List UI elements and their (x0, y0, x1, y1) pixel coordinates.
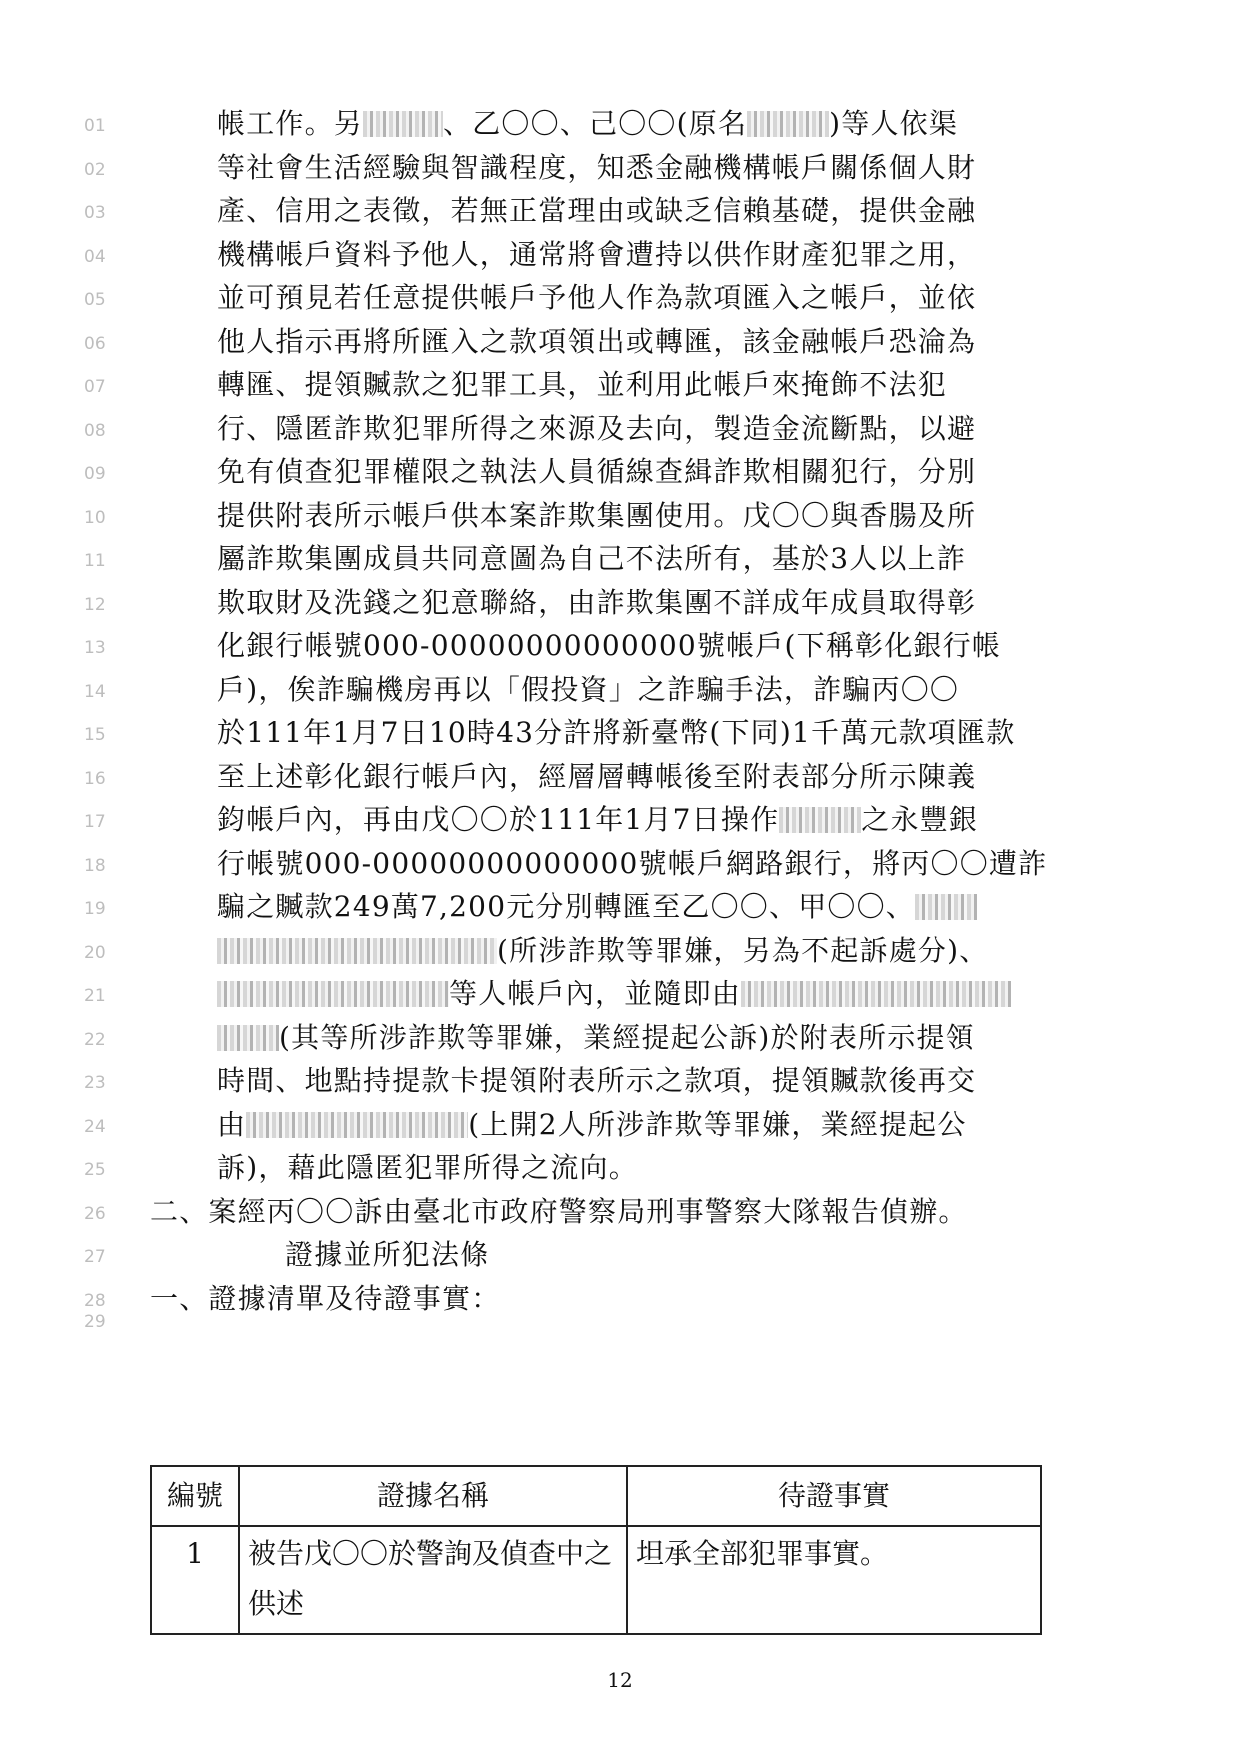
text-line: 等人帳戶內，並隨即由 (217, 976, 1087, 1012)
text-segment: 、乙〇〇、己〇〇(原名 (443, 107, 747, 140)
line-number: 07 (84, 377, 114, 397)
text-line: 化銀行帳號000-00000000000000號帳戶(下稱彰化銀行帳 (217, 628, 1087, 664)
line-number: 24 (84, 1117, 114, 1137)
line-number: 12 (84, 595, 114, 615)
text-line: 鈞帳戶內，再由戊〇〇於111年1月7日操作之永豐銀 (217, 802, 1087, 838)
text-segment: 騙之贓款249萬7,200元分別轉匯至乙〇〇、甲〇〇、 (217, 890, 915, 923)
text-line: 行、隱匿詐欺犯罪所得之來源及去向，製造金流斷點，以避 (217, 411, 1087, 447)
line-number: 13 (84, 638, 114, 658)
line-number: 25 (84, 1160, 114, 1180)
header-fact-to-prove: 待證事實 (627, 1466, 1041, 1526)
text-line: (所涉詐欺等罪嫌，另為不起訴處分)、 (217, 933, 1087, 969)
text-line: 產、信用之表徵，若無正當理由或缺乏信賴基礎，提供金融 (217, 193, 1087, 229)
cell-fact: 坦承全部犯罪事實。 (627, 1526, 1041, 1634)
text-segment: )等人依渠 (829, 107, 958, 140)
text-segment: 帳工作。另 (217, 107, 363, 140)
text-segment: 之永豐銀 (861, 803, 978, 836)
text-line: 提供附表所示帳戶供本案詐欺集團使用。戊〇〇與香腸及所 (217, 498, 1087, 534)
redacted-name (217, 981, 449, 1007)
text-line: 於111年1月7日10時43分許將新臺幣(下同)1千萬元款項匯款 (217, 715, 1087, 751)
line-number: 16 (84, 769, 114, 789)
text-line: 訴)，藉此隱匿犯罪所得之流向。 (217, 1150, 1087, 1186)
header-evidence-name: 證據名稱 (239, 1466, 627, 1526)
text-line: 騙之贓款249萬7,200元分別轉匯至乙〇〇、甲〇〇、 (217, 889, 1087, 925)
line-number: 18 (84, 856, 114, 876)
text-line: 他人指示再將所匯入之款項領出或轉匯，該金融帳戶恐淪為 (217, 324, 1087, 360)
evidence-table: 編號 證據名稱 待證事實 1 被告戊〇〇於警詢及偵查中之供述 坦承全部犯罪事實。 (150, 1465, 1042, 1635)
line-number: 10 (84, 508, 114, 528)
redacted-name (747, 111, 829, 137)
redacted-name (915, 894, 977, 920)
line-number: 20 (84, 943, 114, 963)
line-number: 04 (84, 247, 114, 267)
text-line: 免有偵查犯罪權限之執法人員循線查緝詐欺相關犯行，分別 (217, 454, 1087, 490)
redacted-name (363, 111, 443, 137)
line-number: 26 (84, 1204, 114, 1224)
section-heading: 二、案經丙〇〇訴由臺北市政府警察局刑事警察大隊報告偵辦。 (150, 1194, 1020, 1230)
line-number: 19 (84, 899, 114, 919)
line-number: 06 (84, 334, 114, 354)
line-number: 08 (84, 421, 114, 441)
text-line: 至上述彰化銀行帳戶內，經層層轉帳後至附表部分所示陳義 (217, 759, 1087, 795)
line-number: 29 (84, 1312, 114, 1332)
text-line: 由(上開2人所涉詐欺等罪嫌，業經提起公 (217, 1107, 1087, 1143)
table-row: 1 被告戊〇〇於警詢及偵查中之供述 坦承全部犯罪事實。 (151, 1526, 1041, 1634)
line-number: 14 (84, 682, 114, 702)
line-number: 21 (84, 986, 114, 1006)
line-number: 11 (84, 551, 114, 571)
text-line: 轉匯、提領贓款之犯罪工具，並利用此帳戶來掩飾不法犯 (217, 367, 1087, 403)
redacted-name (779, 807, 861, 833)
redacted-name (246, 1112, 468, 1138)
line-number: 22 (84, 1030, 114, 1050)
line-number: 02 (84, 160, 114, 180)
line-number: 17 (84, 812, 114, 832)
table-header-row: 編號 證據名稱 待證事實 (151, 1466, 1041, 1526)
text-segment: (上開2人所涉詐欺等罪嫌，業經提起公 (468, 1108, 966, 1141)
header-number: 編號 (151, 1466, 239, 1526)
line-number: 23 (84, 1073, 114, 1093)
line-number: 28 (84, 1291, 114, 1311)
text-line: 等社會生活經驗與智識程度，知悉金融機構帳戶關係個人財 (217, 150, 1087, 186)
line-number: 05 (84, 290, 114, 310)
text-line: 行帳號000-00000000000000號帳戶網路銀行，將丙〇〇遭詐 (217, 846, 1087, 882)
line-number: 15 (84, 725, 114, 745)
text-segment: 等人帳戶內，並隨即由 (449, 977, 741, 1010)
text-line: 機構帳戶資料予他人，通常將會遭持以供作財產犯罪之用， (217, 237, 1087, 273)
text-segment: 由 (217, 1108, 246, 1141)
cell-evidence-name: 被告戊〇〇於警詢及偵查中之供述 (239, 1526, 627, 1634)
text-line: 並可預見若任意提供帳戶予他人作為款項匯入之帳戶，並依 (217, 280, 1087, 316)
line-number: 09 (84, 464, 114, 484)
text-line: 欺取財及洗錢之犯意聯絡，由詐欺集團不詳成年成員取得彰 (217, 585, 1087, 621)
section-title: 證據並所犯法條 (285, 1237, 1155, 1273)
section-heading: 一、證據清單及待證事實： (150, 1281, 1020, 1317)
line-number: 03 (84, 203, 114, 223)
text-line: (其等所涉詐欺等罪嫌，業經提起公訴)於附表所示提領 (217, 1020, 1087, 1056)
page-number: 12 (0, 1668, 1240, 1692)
text-line: 時間、地點持提款卡提領附表所示之款項，提領贓款後再交 (217, 1063, 1087, 1099)
text-line: 帳工作。另、乙〇〇、己〇〇(原名)等人依渠 (217, 106, 1087, 142)
line-number: 01 (84, 116, 114, 136)
text-segment: 鈞帳戶內，再由戊〇〇於111年1月7日操作 (217, 803, 779, 836)
text-segment: (所涉詐欺等罪嫌，另為不起訴處分)、 (497, 934, 988, 967)
line-number: 27 (84, 1247, 114, 1267)
cell-number: 1 (151, 1526, 239, 1634)
text-segment: (其等所涉詐欺等罪嫌，業經提起公訴)於附表所示提領 (279, 1021, 975, 1054)
redacted-name (741, 981, 1011, 1007)
redacted-name (217, 1025, 279, 1051)
text-line: 戶)，俟詐騙機房再以「假投資」之詐騙手法，詐騙丙〇〇 (217, 672, 1087, 708)
redacted-name (217, 938, 497, 964)
text-line: 屬詐欺集團成員共同意圖為自己不法所有，基於3人以上詐 (217, 541, 1087, 577)
